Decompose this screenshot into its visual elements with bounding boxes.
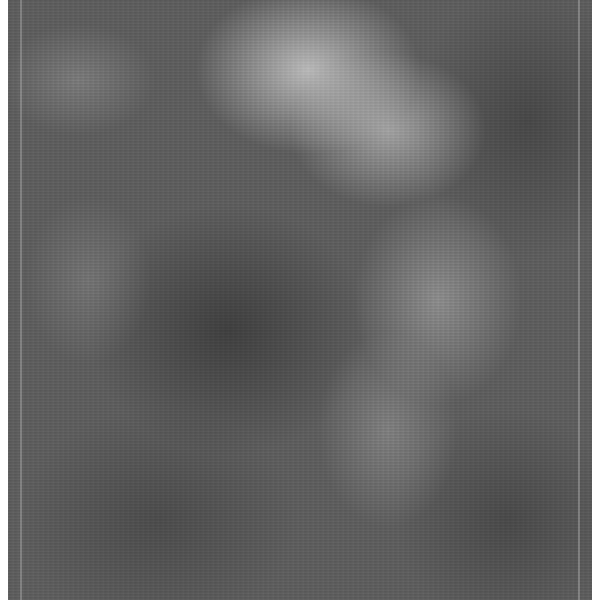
rug-right-binding	[578, 0, 580, 600]
rug-texture	[8, 0, 592, 600]
rug-left-binding	[20, 0, 22, 600]
rug-photo	[8, 0, 592, 600]
